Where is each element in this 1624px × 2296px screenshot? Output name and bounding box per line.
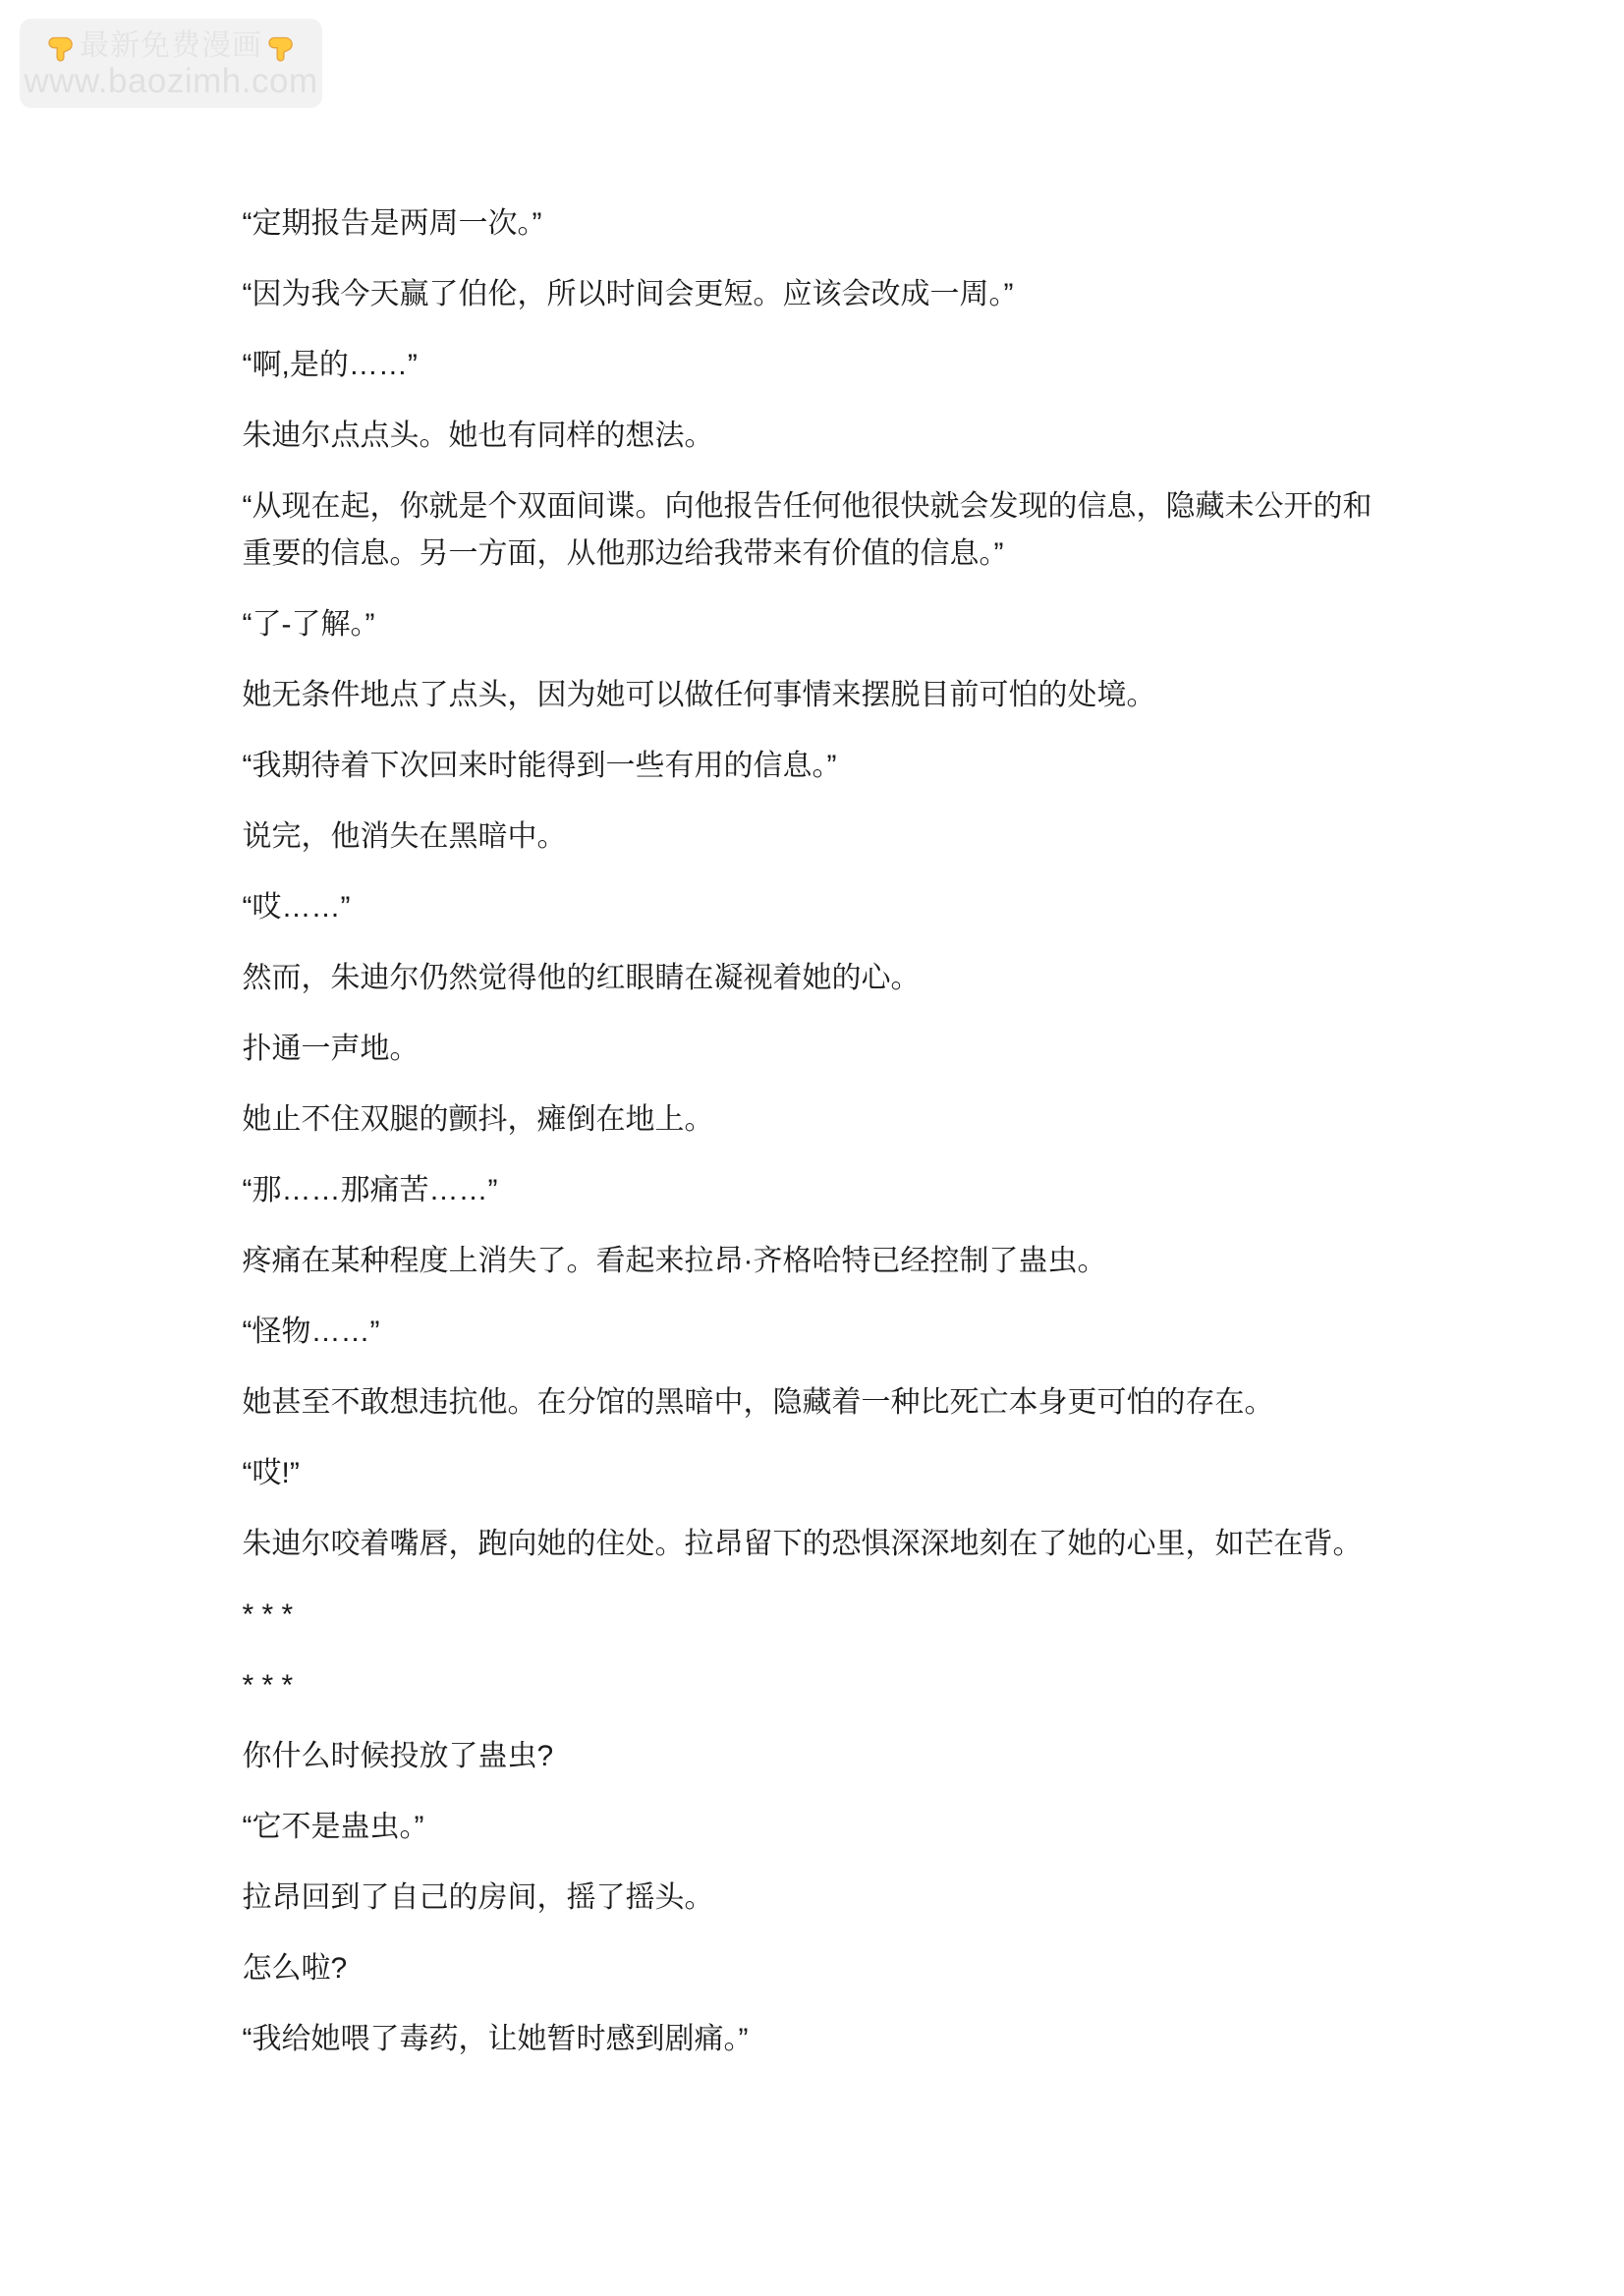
paragraph: 然而，朱迪尔仍然觉得他的红眼睛在凝视着她的心。	[243, 955, 1382, 1002]
paragraph: 说完，他消失在黑暗中。	[243, 813, 1382, 861]
watermark-title-row: 最新免费漫画	[44, 29, 298, 63]
paragraph: “我期待着下次回来时能得到一些有用的信息。”	[243, 743, 1382, 790]
paragraph: “啊,是的……”	[243, 342, 1382, 389]
section-separator: * * *	[243, 1592, 1382, 1639]
paragraph: 朱迪尔咬着嘴唇，跑向她的住处。拉昂留下的恐惧深深地刻在了她的心里，如芒在背。	[243, 1521, 1382, 1568]
paragraph: 疼痛在某种程度上消失了。看起来拉昂·齐格哈特已经控制了蛊虫。	[243, 1238, 1382, 1285]
watermark-url: www.baozimh.com	[24, 63, 317, 100]
paragraph: “哎……”	[243, 884, 1382, 931]
paragraph: “因为我今天赢了伯伦，所以时间会更短。应该会改成一周。”	[243, 271, 1382, 318]
paragraph: “那……那痛苦……”	[243, 1167, 1382, 1214]
paragraph: “它不是蛊虫。”	[243, 1804, 1382, 1851]
paragraph: 朱迪尔点点头。她也有同样的想法。	[243, 413, 1382, 460]
paragraph: “怪物……”	[243, 1309, 1382, 1356]
paragraph: “定期报告是两周一次。”	[243, 200, 1382, 248]
paragraph: “了-了解。”	[243, 601, 1382, 648]
paragraph: 扑通一声地。	[243, 1026, 1382, 1073]
novel-text: “定期报告是两周一次。”“因为我今天赢了伯伦，所以时间会更短。应该会改成一周。”…	[243, 0, 1382, 2063]
paragraph: 她甚至不敢想违抗他。在分馆的黑暗中，隐藏着一种比死亡本身更可怕的存在。	[243, 1379, 1382, 1427]
paragraph: “从现在起，你就是个双面间谍。向他报告任何他很快就会发现的信息，隐藏未公开的和重…	[243, 483, 1382, 578]
paragraph: 她止不住双腿的颤抖，瘫倒在地上。	[243, 1096, 1382, 1144]
paragraph: “我给她喂了毒药，让她暂时感到剧痛。”	[243, 2016, 1382, 2063]
watermark-title: 最新免费漫画	[80, 29, 262, 63]
watermark-badge: 最新免费漫画 www.baozimh.com	[20, 19, 322, 108]
paragraph: 她无条件地点了点头，因为她可以做任何事情来摆脱目前可怕的处境。	[243, 672, 1382, 719]
paragraph: 怎么啦?	[243, 1945, 1382, 1992]
section-separator: * * *	[243, 1662, 1382, 1709]
paragraph: 拉昂回到了自己的房间，摇了摇头。	[243, 1875, 1382, 1922]
paragraph: 你什么时候投放了蛊虫?	[243, 1733, 1382, 1780]
pointing-down-hand-icon	[44, 29, 78, 63]
paragraph: “哎!”	[243, 1450, 1382, 1497]
pointing-down-hand-icon	[264, 29, 298, 63]
